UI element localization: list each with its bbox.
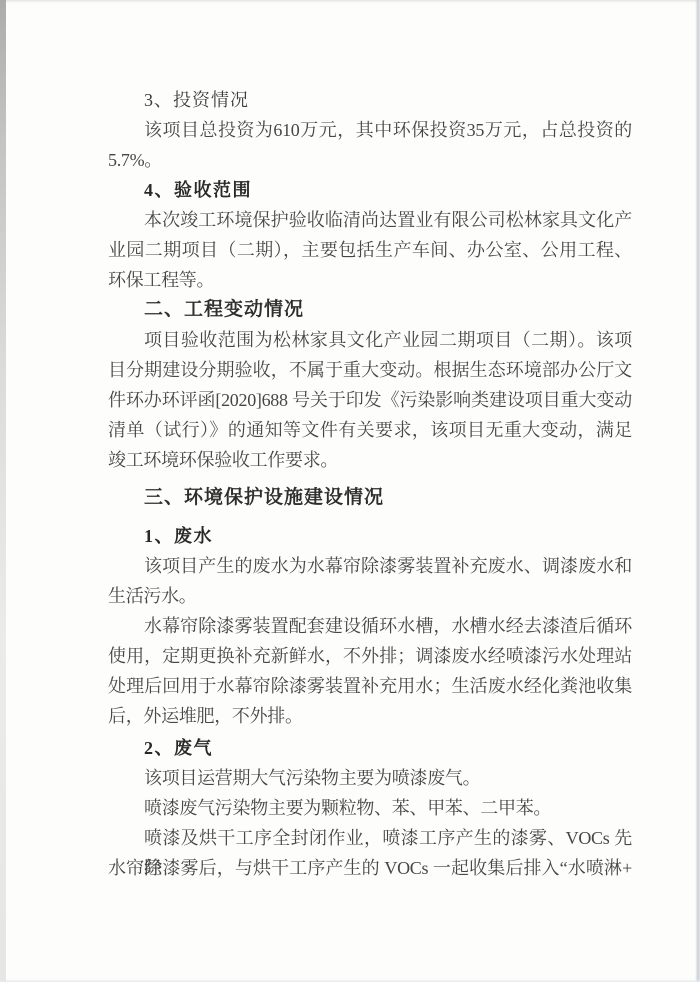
text-line: 项目验收范围为松林家具文化产业园二期项目（二期）。该项: [108, 325, 632, 355]
text-line: 清单（试行）》的通知等文件有关要求，该项目无重大变动，满足: [108, 415, 632, 445]
text-line: 喷漆废气污染物主要为颗粒物、苯、甲苯、二甲苯。: [108, 793, 632, 823]
text-line: 喷漆及烘干工序全封闭作业，喷漆工序产生的漆雾、VOCs 先经: [108, 823, 632, 853]
heading-line: 1、废水: [108, 521, 632, 551]
text-line: 5.7%。: [108, 145, 632, 175]
page-edge-top-shadow: [0, 0, 700, 3]
heading-line: 2、废气: [108, 733, 632, 763]
text-line: 本次竣工环境保护验收临清尚达置业有限公司松林家具文化产: [108, 205, 632, 235]
page-edge-right-shadow: [695, 0, 700, 982]
text-line: 该项目总投资为610万元，其中环保投资35万元，占总投资的: [108, 115, 632, 145]
page-edge-left-shadow: [0, 0, 6, 982]
text-line: 使用，定期更换补充新鲜水，不外排；调漆废水经喷漆污水处理站: [108, 641, 632, 671]
document-page: 3、投资情况该项目总投资为610万元，其中环保投资35万元，占总投资的5.7%。…: [0, 0, 700, 982]
text-line: 水帘除漆雾后，与烘干工序产生的 VOCs 一起收集后排入“水喷淋+: [108, 853, 632, 883]
heading-line: 3、投资情况: [108, 85, 632, 115]
text-line: 生活污水。: [108, 581, 632, 611]
text-line: 件环办环评函[2020]688 号关于印发《污染影响类建设项目重大变动: [108, 385, 632, 415]
heading-line: 4、验收范围: [108, 175, 632, 205]
text-line: 竣工环境环保验收工作要求。: [108, 445, 632, 475]
text-line: 处理后回用于水幕帘除漆雾装置补充用水；生活废水经化粪池收集: [108, 671, 632, 701]
text-line: 业园二期项目（二期），主要包括生产车间、办公室、公用工程、: [108, 235, 632, 265]
heading-line: 二、工程变动情况: [108, 295, 632, 325]
text-line: 该项目产生的废水为水幕帘除漆雾装置补充废水、调漆废水和: [108, 551, 632, 581]
text-line: 目分期建设分期验收，不属于重大变动。根据生态环境部办公厅文: [108, 355, 632, 385]
text-line: 该项目运营期大气污染物主要为喷漆废气。: [108, 763, 632, 793]
text-line: 环保工程等。: [108, 265, 632, 295]
document-text: 3、投资情况该项目总投资为610万元，其中环保投资35万元，占总投资的5.7%。…: [108, 85, 632, 883]
text-line: 后，外运堆肥，不外排。: [108, 701, 632, 731]
text-line: 水幕帘除漆雾装置配套建设循环水槽，水槽水经去漆渣后循环: [108, 611, 632, 641]
heading-line: 三、环境保护设施建设情况: [108, 483, 632, 513]
